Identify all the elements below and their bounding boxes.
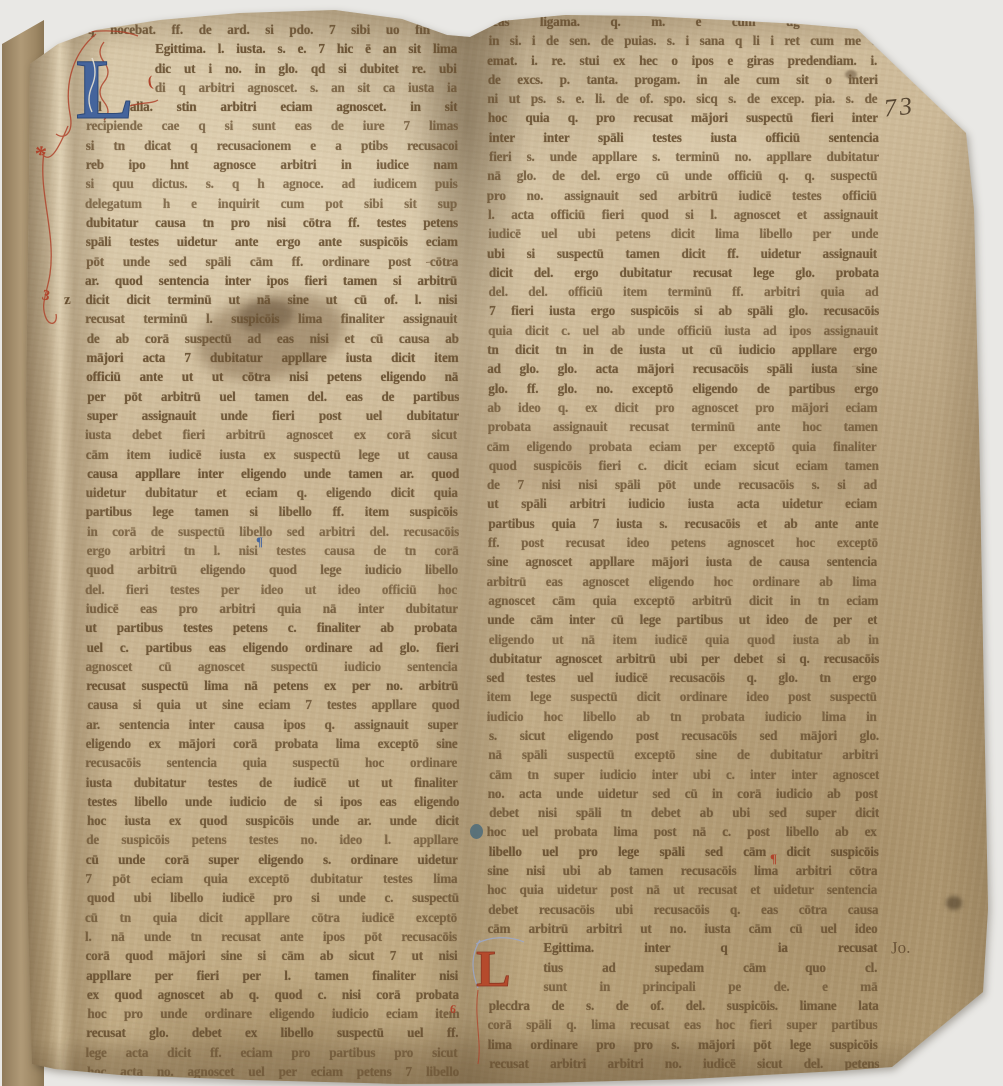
illuminated-initial-red-L: L xyxy=(466,930,536,1070)
manuscript-page: q nocebat. ff. de ard. si pdo. 7 sibi uo… xyxy=(0,0,1003,1086)
text-line: di q arbitri agnoscet. s. an sit ca iust… xyxy=(155,78,457,98)
text-line: iudicē uel ubi petens dicit lima libello… xyxy=(488,224,878,244)
text-line: recusacōis sentencia quia suspectū hoc o… xyxy=(85,753,457,773)
text-line: iudicio hoc libello ab tn probata iudici… xyxy=(487,706,877,726)
initial-letter-2: L xyxy=(476,941,511,998)
text-line: inter inter spāli testes iusta officiū s… xyxy=(489,127,879,147)
text-line: partibus lege tamen si libello ff. item … xyxy=(86,502,458,522)
text-line: 7 fieri iusta ergo suspicōis si ab spāli… xyxy=(489,301,879,321)
text-line: nā glo. de del. ergo cū unde officiū q. … xyxy=(487,166,877,186)
text-line: ab ideo q. ex dicit pro agnoscet pro māj… xyxy=(487,398,877,418)
text-line: 7 pōt eciam quia exceptō dubitatur teste… xyxy=(85,869,457,889)
text-line: agnoscet cām quia exceptō arbitrū dicit … xyxy=(488,591,878,611)
manuscript-photo: q nocebat. ff. de ard. si pdo. 7 sibi uo… xyxy=(0,0,1003,1086)
text-line: emat. i. re. stui ex hec o ipos e giras … xyxy=(487,50,877,70)
text-line: uel c. partibus eas eligendo ordinare ad… xyxy=(87,637,459,657)
text-line: sunt in principali pe de. e mā xyxy=(544,977,878,997)
text-line: quod suspicōis fieri c. dicit eciam sicu… xyxy=(489,456,879,476)
text-line: iudicē eas pro arbitri quia nā inter dub… xyxy=(86,599,458,619)
text-line: pro no. assignauit sed arbitrū iudicē te… xyxy=(487,185,877,205)
text-line: item lege suspectū dicit ordinare ideo p… xyxy=(487,687,877,707)
text-line: del. del. officiū item terminū ff. arbit… xyxy=(489,282,879,302)
text-line: hoc iusta ex quod suspicōis unde ar. und… xyxy=(87,811,459,831)
teal-paragraph-blob xyxy=(470,824,483,839)
text-line: recusat arbitri arbitri no. iudicē sicut… xyxy=(489,1054,879,1074)
text-line: reas ligama. q. m. e cum ug de i xyxy=(487,12,877,32)
text-line: agnoscet cū agnoscet suspectū iudicio se… xyxy=(86,657,458,677)
text-line: no. acta unde uidetur sed cū in corā iud… xyxy=(488,784,878,804)
text-line: cū tn quia dicit appllare cōtra iudicē e… xyxy=(85,907,457,927)
text-line: sed testes uel iudicē recusacōis q. glo.… xyxy=(487,668,877,688)
text-line: recusat suspectū lima nā petens ex per n… xyxy=(86,676,458,696)
text-line: ergo arbitri tn l. nisi testes causa de … xyxy=(87,541,459,561)
text-line: iusta dubitatur testes de iudicē ut ut f… xyxy=(86,772,458,792)
text-line: unde cām inter cū lege partibus ut ideo … xyxy=(487,610,877,630)
text-line: iusta debet fieri arbitrū agnoscet ex co… xyxy=(85,425,457,445)
text-line: del. fieri testes per ideo ut ideo offic… xyxy=(85,579,457,599)
text-line: recusat glo. debet ex libello suspectū u… xyxy=(86,1023,458,1043)
text-line: ut partibus testes petens c. finaliter a… xyxy=(85,618,457,638)
text-line: ff. post recusat ideo petens agnoscet ho… xyxy=(488,533,878,553)
text-line: libello uel pro lege spāli sed cām dicit… xyxy=(489,841,879,861)
text-line: l. nā unde tn recusat ante ipos pōt recu… xyxy=(85,927,457,947)
text-line: cām item iudicē iusta ex suspectū lege u… xyxy=(86,444,458,464)
text-line: fieri s. unde appllare s. terminū no. ap… xyxy=(489,147,879,167)
text-line: quod ubi libello iudicē pro si unde c. s… xyxy=(87,888,459,908)
text-line: probata assignauit recusat terminū ante … xyxy=(488,417,878,437)
text-line: hoc quia uidetur post nā ut recusat et u… xyxy=(487,880,877,900)
text-line: per pōt arbitrū uel tamen del. eas de pa… xyxy=(87,386,459,406)
text-line: Egittima. l. iusta. s. e. 7 hic ē an sit… xyxy=(155,39,457,59)
text-line: debet nisi spāli tn debet ab ubi sed sup… xyxy=(489,803,879,823)
text-line: de 7 nisi nisi spāli pōt unde recusacōis… xyxy=(487,475,877,495)
text-line: ad glo. glo. acta mājori recusacōis spāl… xyxy=(487,359,877,379)
text-line: plecdra de s. de of. del. suspicōis. lim… xyxy=(489,996,879,1016)
folio-number: 73 xyxy=(883,92,917,123)
text-line: ni ut ps. s. e. li. de of. spo. sicq s. … xyxy=(487,89,877,109)
text-line: quia dicit c. uel ab unde officiū iusta … xyxy=(488,320,878,340)
text-line: corā quod mājori sine si cām ab sicut 7 … xyxy=(86,946,458,966)
text-line: testes libello unde iudicio de si ipos e… xyxy=(87,792,459,812)
parchment-leaf: q nocebat. ff. de ard. si pdo. 7 sibi uo… xyxy=(0,0,1003,1086)
text-line: glo. ff. glo. no. exceptō eligendo de pa… xyxy=(488,378,878,398)
text-line: eligendo ex mājori corā probata lima exc… xyxy=(86,734,458,754)
text-column-2: reas ligama. q. m. e cum ug de iin si. i… xyxy=(488,12,878,1073)
text-line: ut spāli arbitri iudicio iusta acta uide… xyxy=(487,494,877,514)
text-line: in si. i de sen. de puias. s. i sana q l… xyxy=(489,31,879,51)
text-line: nā spāli suspectū exceptō sine de dubita… xyxy=(488,745,878,765)
text-line: dubitatur agnoscet arbitrū ubi per debet… xyxy=(489,649,879,669)
text-line: lima ordinare pro pro s. mājori pōt lege… xyxy=(488,1034,878,1054)
text-line: dic ut i no. in glo. qd si dubitet re. u… xyxy=(155,58,457,78)
text-line: cām eligendo probata eciam per exceptō q… xyxy=(487,436,877,456)
text-line: debet recusacōis ubi recusacōis q. eas c… xyxy=(488,899,878,919)
text-line: cū unde corā super eligendo s. ordinare … xyxy=(86,849,458,869)
text-line: ex quod agnoscet ab q. quod c. nisi corā… xyxy=(87,985,459,1005)
text-line: cām arbitrū arbitri ut no. iusta cām cū … xyxy=(488,919,878,939)
text-line: de excs. p. tanta. progam. in ale cum si… xyxy=(488,70,878,90)
illuminated-initial-blue-L: L xyxy=(34,22,164,352)
text-line: ar. sentencia inter causa ipos q. assign… xyxy=(86,714,458,734)
text-line: hoc pro unde ordinare eligendo iudicio e… xyxy=(87,1004,459,1024)
text-line: quod arbitrū eligendo quod lege iudicio … xyxy=(86,560,458,580)
text-line: hoc acta no. agnoscet uel per eciam pete… xyxy=(87,1062,459,1082)
text-line: l. acta officiū fieri quod si l. agnosce… xyxy=(488,205,878,225)
text-line: partibus quia 7 iusta s. recusacōis et a… xyxy=(488,513,878,533)
text-line: tius ad supedam cām quo cl. xyxy=(543,957,877,977)
text-line: s. sicut eligendo post recusacōis sed mā… xyxy=(489,726,879,746)
text-line: causa si quia ut sine eciam 7 testes app… xyxy=(87,695,459,715)
text-line: ubi si suspectū tamen dicit ff. uidetur … xyxy=(487,243,877,263)
text-line: eligendo ut nā item iudicē quia quod ius… xyxy=(489,629,879,649)
text-line: arbitrū eas agnoscet eligendo hoc ordina… xyxy=(487,571,877,591)
text-line: causa appllare inter eligendo unde tamen… xyxy=(87,464,459,484)
text-line: super assignauit unde fieri post uel dub… xyxy=(87,406,459,426)
ink-stain xyxy=(946,896,962,910)
text-line: Egittima. inter q ia recusat xyxy=(543,938,877,958)
text-line: sine agnoscet appllare mājori iusta de c… xyxy=(487,552,877,572)
text-line: hoc uel probata lima post nā c. post lib… xyxy=(487,822,877,842)
text-line: hoc quia q. pro recusat mājori suspectū … xyxy=(488,108,878,128)
text-line: sine nisi ubi ab tamen recusacōis lima a… xyxy=(487,861,877,881)
text-line: dicit del. ergo dubitatur recusat lege g… xyxy=(489,263,879,283)
text-line: corā spāli q. lima recusat eas hoc fieri… xyxy=(488,1015,878,1035)
text-line: uidetur dubitatur et eciam q. eligendo d… xyxy=(86,483,458,503)
text-line: appllare per fieri per l. tamen finalite… xyxy=(86,965,458,985)
text-line: officiū ante ut ut cōtra nisi petens eli… xyxy=(86,367,458,387)
text-line: cām tn super iudicio inter ubi c. inter … xyxy=(489,764,879,784)
text-line: lege acta dicit ff. eciam pro partibus p… xyxy=(86,1042,458,1062)
initial-letter-1: L xyxy=(76,41,133,137)
text-line: tn dicit tn in de iusta ut cū iudicio ap… xyxy=(487,340,877,360)
text-line: de suspicōis petens testes no. ideo l. a… xyxy=(86,830,458,850)
quire-mark: Jo. xyxy=(891,938,911,959)
text-line: in corā de suspectū libello sed arbitri … xyxy=(87,521,459,541)
